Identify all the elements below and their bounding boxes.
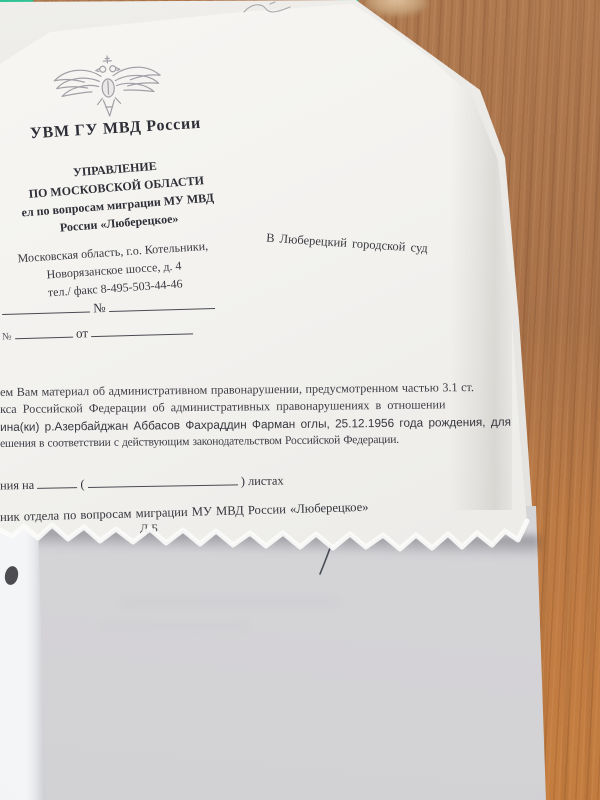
open-paren: ( bbox=[80, 477, 84, 491]
torn-text-fragment: Д.Б bbox=[140, 521, 158, 536]
letter-content: УВМ ГУ МВД России УПРАВЛЕНИЕ ПО МОСКОВСК… bbox=[0, 0, 600, 800]
blank-line bbox=[88, 472, 238, 488]
body-line: ешения в соответствии с действующим зако… bbox=[0, 433, 399, 450]
body-line: кса Российской Федерации об администрати… bbox=[0, 397, 446, 417]
blank-line bbox=[15, 325, 73, 340]
reference-number-line: № от bbox=[2, 321, 194, 343]
body-line: ина(ки) р.Азербайджан Аббасов Фахраддин … bbox=[0, 415, 511, 434]
attachment-prefix: ния на bbox=[0, 478, 34, 493]
number-sign: № bbox=[93, 300, 106, 315]
attachment-suffix: листах bbox=[248, 474, 284, 489]
blank-line bbox=[37, 475, 77, 489]
department-block: УПРАВЛЕНИЕ ПО МОСКОВСКОЙ ОБЛАСТИ ел по в… bbox=[0, 150, 252, 243]
blank-line bbox=[109, 296, 215, 312]
from-label: от bbox=[76, 325, 88, 340]
blank-line bbox=[2, 300, 90, 315]
recipient-line: В Люберецкий городской суд bbox=[266, 231, 429, 257]
signature-title-line: ник отдела по вопросам миграции МУ МВД Р… bbox=[0, 500, 369, 525]
address-block: Московская область, г.о. Котельники, Нов… bbox=[0, 235, 242, 306]
number-sign: № bbox=[2, 331, 12, 342]
photo-of-document: УВМ ГУ МВД России УПРАВЛЕНИЕ ПО МОСКОВСК… bbox=[0, 0, 600, 800]
close-paren: ) bbox=[241, 474, 245, 488]
attachment-line: ния на ( ) листах bbox=[0, 472, 284, 494]
blank-line bbox=[91, 321, 193, 337]
